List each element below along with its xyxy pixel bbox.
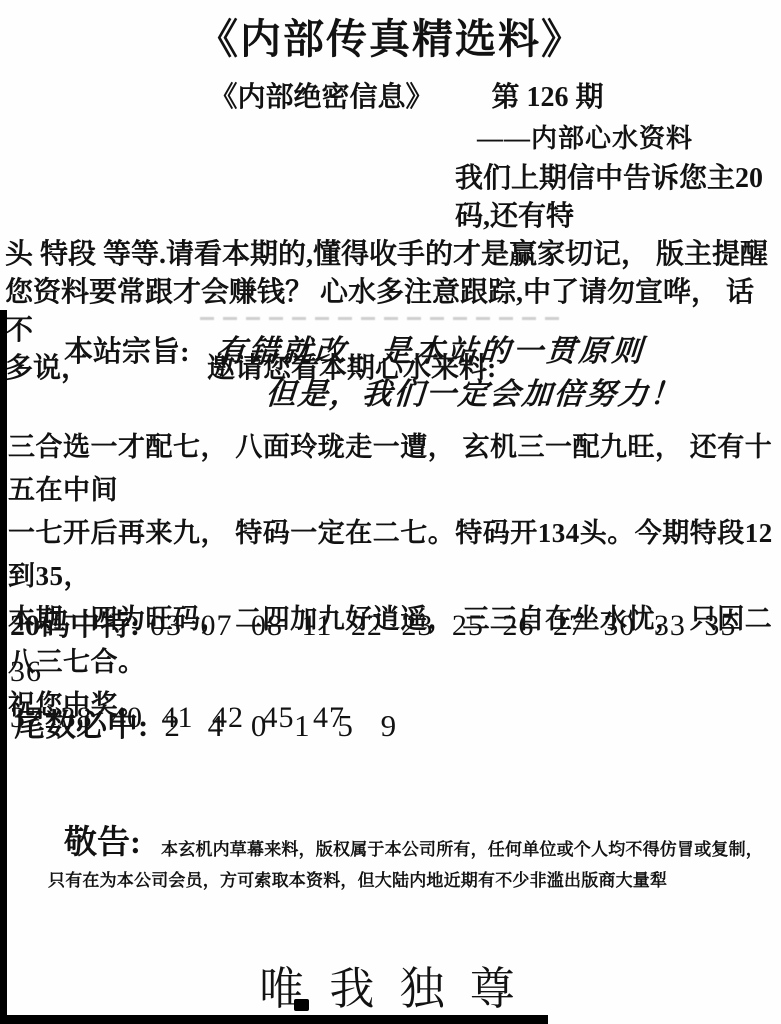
notice-line-2: 只有在为本公司会员，方可索取本资料，但大陆内地近期有不少非滥出版商大量犁 [48, 866, 667, 891]
sheet-title: 《内部传真精选料》 [0, 6, 781, 65]
tails-digits: 2 4 0 1 5 9 [164, 708, 398, 743]
scan-left-bar-artifact [0, 310, 7, 1024]
motto-line-1: 有错就改，是本站的一贯原则 [214, 326, 646, 370]
notice-line-1: 本玄机内草幕来料，版权属于本公司所有，任何单位或个人均不得仿冒或复制， [161, 835, 763, 860]
issue-number: 第 126 期 [492, 75, 604, 115]
motto-label: 本站宗旨: [64, 329, 190, 370]
intro-line-2: 头 特段 等等.请看本期的,懂得收手的才是赢家切记， 版主提醒 [5, 236, 777, 274]
motto-row: 本站宗旨: 有错就改，是本站的一贯原则 [64, 326, 645, 370]
notice-label: 敬告: [64, 827, 141, 860]
scan-smudge-artifact [200, 317, 560, 320]
verse-line-1: 三合选一才配七， 八面玲珑走一遭， 玄机三一配九旺， 还有十五在中间 [8, 426, 778, 512]
scan-bottom-bar-artifact [0, 1015, 548, 1024]
intro-line-1: 我们上期信中告诉您主20码,还有特 [5, 160, 777, 236]
picks-line-1: 20码中特:03 07 08 11 22 23 25 26 27 30 33 3… [10, 603, 778, 695]
subtitle-secret-info: 《内部绝密信息》 [209, 75, 433, 115]
notice-row: 敬告: 本玄机内草幕来料，版权属于本公司所有，任何单位或个人均不得仿冒或复制， [64, 827, 763, 860]
ink-blob-artifact [294, 999, 309, 1011]
tails-label: 尾数必中: [14, 708, 148, 743]
motto-line-2: 但是，我们一定会加倍努力！ [264, 369, 683, 413]
fax-tip-sheet: 《内部传真精选料》 《内部绝密信息》 第 126 期 ——内部心水资料 我们上期… [0, 0, 781, 1024]
picks-label: 20码中特: [10, 609, 140, 642]
verse-line-2: 一七开后再来九， 特码一定在二七。特码开134头。今期特段12到35， [8, 512, 778, 598]
tail-numbers-block: 尾数必中:2 4 0 1 5 9 [14, 700, 398, 745]
subtitle-row: 《内部绝密信息》 第 126 期 [16, 75, 781, 115]
tagline: ——内部心水资料 [477, 118, 693, 155]
footer-seal: 唯 我 独 尊 [0, 952, 781, 1017]
